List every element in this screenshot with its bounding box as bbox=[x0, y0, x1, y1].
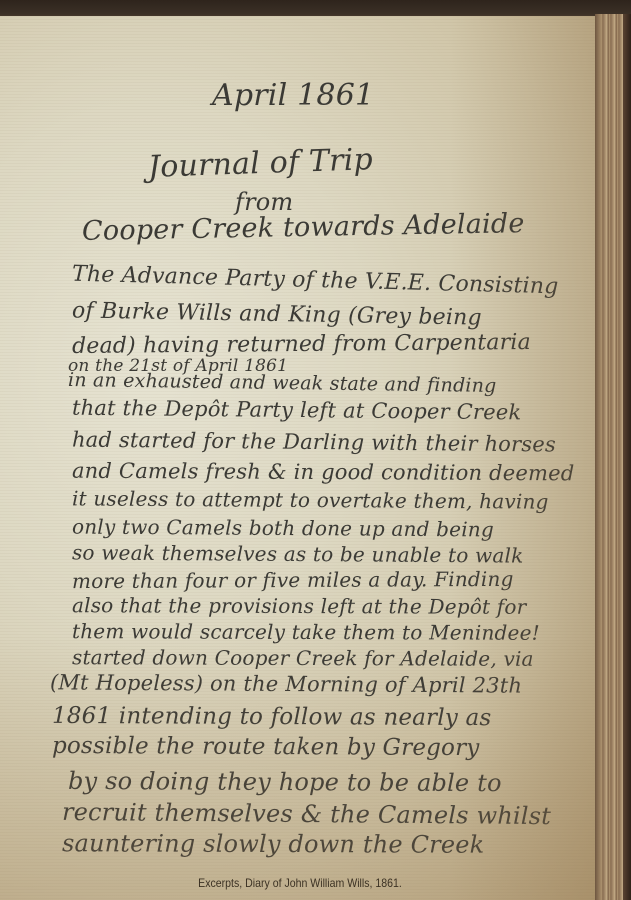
diary-line: recruit themselves & the Camels whilst bbox=[62, 798, 551, 830]
diary-line: dead) having returned from Carpentaria bbox=[72, 330, 531, 359]
diary-line: only two Camels both done up and being bbox=[72, 515, 494, 542]
page-date-heading: April 1861 bbox=[212, 78, 374, 113]
diary-line: had started for the Darling with their h… bbox=[72, 427, 556, 456]
diary-line: The Advance Party of the V.E.E. Consisti… bbox=[72, 262, 559, 300]
diary-line: them would scarcely take them to Meninde… bbox=[72, 619, 540, 645]
diary-line: and Camels fresh & in good condition dee… bbox=[72, 459, 575, 486]
diary-line: (Mt Hopeless) on the Morning of April 23… bbox=[50, 670, 522, 697]
diary-line: it useless to attempt to overtake them, … bbox=[72, 486, 549, 513]
diary-line: 1861 intending to follow as nearly as bbox=[52, 703, 492, 731]
journal-route: Cooper Creek towards Adelaide bbox=[82, 208, 525, 247]
diary-line: possible the route taken by Gregory bbox=[52, 733, 480, 761]
diary-line: more than four or five miles a day. Find… bbox=[72, 567, 514, 593]
diary-line: by so doing they hope to be able to bbox=[68, 767, 502, 797]
diary-line: also that the provisions left at the Dep… bbox=[72, 593, 526, 619]
diary-scan: April 1861 Journal of Trip from Cooper C… bbox=[0, 0, 631, 900]
diary-line: started down Cooper Creek for Adelaide, … bbox=[72, 645, 534, 671]
image-caption: Excerpts, Diary of John William Wills, 1… bbox=[36, 876, 564, 890]
journal-title: Journal of Trip bbox=[147, 142, 373, 185]
diary-line: so weak themselves as to be unable to wa… bbox=[72, 540, 524, 567]
page-stack-edge bbox=[595, 14, 631, 900]
diary-line: of Burke Wills and King (Grey being bbox=[72, 298, 482, 330]
diary-line: that the Depôt Party left at Cooper Cree… bbox=[72, 396, 522, 425]
diary-line: sauntering slowly down the Creek bbox=[62, 829, 485, 858]
diary-page: April 1861 Journal of Trip from Cooper C… bbox=[0, 16, 600, 900]
diary-line: in an exhausted and weak state and findi… bbox=[68, 369, 497, 397]
